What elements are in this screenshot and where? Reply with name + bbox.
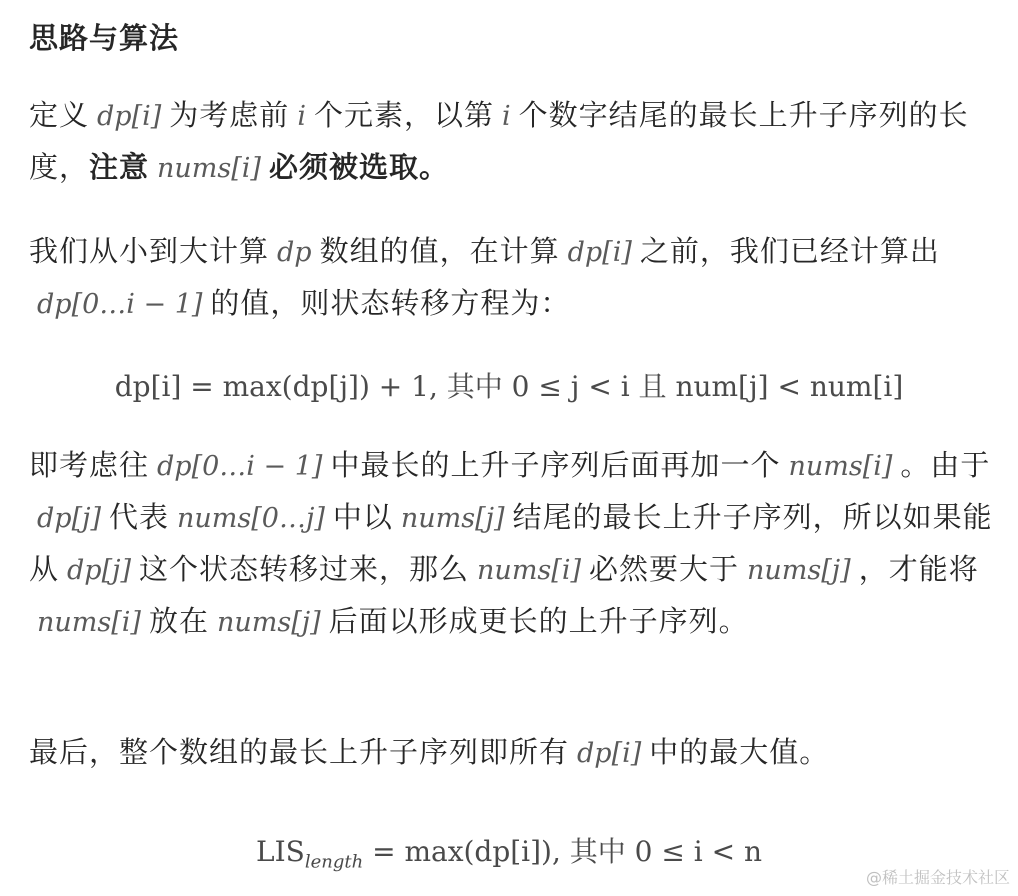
paragraph-explanation: 即考虑往dp[0…i − 1]中最长的上升子序列后面再加一个nums[i]。由于… (29, 440, 994, 648)
math-lhs: LIS (256, 835, 305, 868)
text: 即考虑往 (29, 448, 149, 482)
paragraph-compute-order: 我们从小到大计算dp数组的值，在计算dp[i]之前，我们已经计算出dp[0…i … (29, 226, 994, 330)
math-subscript: length (305, 852, 363, 873)
math-inline: nums[j] (393, 503, 513, 534)
paragraph-conclusion: 最后，整个数组的最长上升子序列即所有dp[i]中的最大值。 (29, 727, 994, 779)
math-inline: nums[0…j] (169, 503, 333, 534)
math-inline: dp[j] (59, 555, 139, 586)
text: 定义 (29, 98, 89, 132)
math-inline: dp[i] (89, 101, 169, 132)
text: 放在 (149, 604, 209, 638)
equation-transition: dp[i] = max(dp[j]) + 1, 其中 0 ≤ j < i 且 n… (0, 365, 1018, 405)
section-heading: 思路与算法 (29, 16, 179, 57)
text: 中的最大值。 (649, 735, 829, 769)
math-inline: dp (269, 237, 320, 268)
math-inline: i (289, 101, 314, 132)
text: 中以 (333, 500, 393, 534)
text: 数组的值，在计算 (320, 234, 560, 268)
watermark: @稀土掘金技术社区 (866, 865, 1010, 888)
bold-text: 必须被选取。 (269, 150, 449, 184)
text: 我们从小到大计算 (29, 234, 269, 268)
text: 之前，我们已经计算出 (640, 234, 940, 268)
math-inline: dp[0…i − 1] (29, 289, 210, 320)
text: 的值，则状态转移方程为： (210, 286, 570, 320)
math-inline: nums[j] (739, 555, 859, 586)
math-inline: dp[i] (560, 237, 640, 268)
text: 最后，整个数组的最长上升子序列即所有 (29, 735, 569, 769)
text: 中最长的上升子序列后面再加一个 (330, 448, 780, 482)
bold-text: 注意 (89, 150, 149, 184)
math-inline: dp[0…i − 1] (149, 451, 330, 482)
text: 为考虑前 (169, 98, 289, 132)
text: 。由于 (900, 448, 990, 482)
math-inline: nums[i] (149, 153, 269, 184)
math-inline: nums[i] (780, 451, 900, 482)
math-inline: dp[i] (569, 738, 649, 769)
text: 个元素，以第 (314, 98, 494, 132)
math-inline: i (494, 101, 519, 132)
text: 后面以形成更长的上升子序列。 (329, 604, 749, 638)
text: ，才能将 (859, 552, 979, 586)
math-inline: dp[j] (29, 503, 109, 534)
math-inline: nums[j] (209, 607, 329, 638)
math-inline: nums[i] (469, 555, 589, 586)
text: 这个状态转移过来，那么 (139, 552, 469, 586)
text: 必然要大于 (589, 552, 739, 586)
math-inline: nums[i] (29, 607, 149, 638)
math-rhs: = max(dp[i]), 其中 0 ≤ i < n (363, 835, 762, 868)
paragraph-definition: 定义dp[i]为考虑前i个元素，以第i个数字结尾的最长上升子序列的长度，注意nu… (29, 90, 994, 194)
text: 代表 (109, 500, 169, 534)
